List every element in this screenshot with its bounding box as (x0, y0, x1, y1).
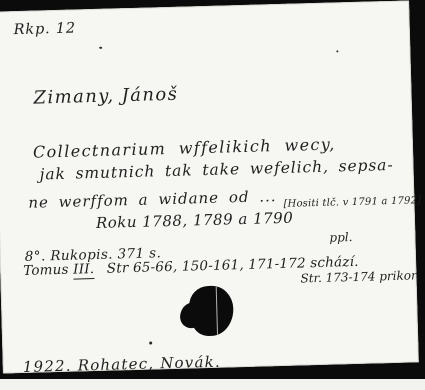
imprint-note: [Hositi tlč. v 1791 a 1792] (283, 195, 421, 210)
ink-speck (149, 342, 152, 345)
imprint-note-abbrev: ppl. (329, 230, 352, 245)
photo-backdrop: Rkp. 12 Zimany, Jánoš Collectnarium wffe… (0, 0, 425, 390)
accession-note: 1922. Rohatec, Novák. (23, 353, 222, 376)
damaged-pages-note: Str. 173-174 prikor. (300, 268, 419, 285)
ink-blot (189, 285, 234, 336)
title-line-1: Collectnarium wffelikich wecy, (33, 134, 336, 161)
ink-speck (336, 50, 338, 52)
tomus-label: Tomus (23, 262, 69, 279)
catalog-card: Rkp. 12 Zimany, Jánoš Collectnarium wffe… (0, 0, 419, 373)
title-line-3: ne werffom a widane od ... (28, 187, 277, 212)
shelfmark: Rkp. 12 (13, 20, 76, 38)
author-heading: Zimany, Jánoš (33, 84, 178, 109)
photo-bottom-margin (0, 379, 425, 390)
ink-speck (99, 47, 102, 49)
imprint-years: Roku 1788, 1789 a 1790 (96, 209, 294, 232)
tomus-number: III. (73, 261, 95, 280)
